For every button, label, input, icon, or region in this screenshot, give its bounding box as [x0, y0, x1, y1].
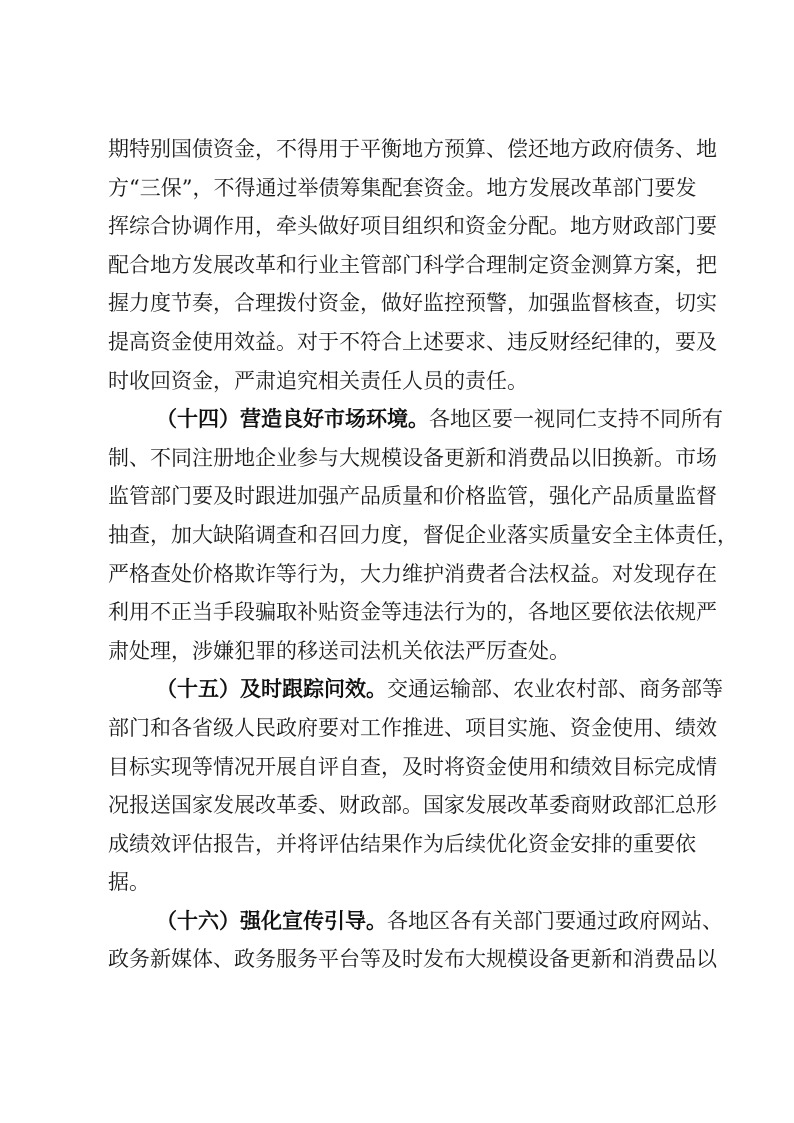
text-line: 挥综合协调作用，牵头做好项目组织和资金分配。地方财政部门要 — [108, 207, 686, 246]
text-line: 监管部门要及时跟进加强产品质量和价格监管，强化产品质量监督 — [108, 477, 686, 516]
section-heading: （十五）及时跟踪问效。 — [156, 676, 387, 701]
text-line-first: （十四）营造良好市场环境。各地区要一视同仁支持不同所有 — [108, 400, 686, 439]
paragraph-funds-usage: 期特别国债资金，不得用于平衡地方预算、偿还地方政府债务、地 方“三保”，不得通过… — [108, 130, 686, 400]
document-page: 期特别国债资金，不得用于平衡地方预算、偿还地方政府债务、地 方“三保”，不得通过… — [108, 130, 686, 979]
text-line: 目标实现等情况开展自评自查，及时将资金使用和绩效目标完成情 — [108, 748, 686, 787]
paragraph-section-15: （十五）及时跟踪问效。交通运输部、农业农村部、商务部等 部门和各省级人民政府要对… — [108, 670, 686, 902]
text-line-first: （十六）强化宣传引导。各地区各有关部门要通过政府网站、 — [108, 902, 686, 941]
text-span: 交通运输部、农业农村部、商务部等 — [387, 677, 723, 701]
paragraph-section-16: （十六）强化宣传引导。各地区各有关部门要通过政府网站、 政务新媒体、政务服务平台… — [108, 902, 686, 979]
text-line: 据。 — [108, 863, 686, 902]
text-line: 利用不正当手段骗取补贴资金等违法行为的，各地区要依法依规严 — [108, 593, 686, 632]
text-line: 政务新媒体、政务服务平台等及时发布大规模设备更新和消费品以 — [108, 940, 686, 979]
section-heading: （十四）营造良好市场环境。 — [156, 406, 429, 431]
text-span: 各地区要一视同仁支持不同所有 — [429, 407, 723, 431]
text-line: 配合地方发展改革和行业主管部门科学合理制定资金测算方案，把 — [108, 246, 686, 285]
text-line: 严格查处价格欺诈等行为，大力维护消费者合法权益。对发现存在 — [108, 555, 686, 594]
text-line: 时收回资金，严肃追究相关责任人员的责任。 — [108, 362, 686, 401]
paragraph-section-14: （十四）营造良好市场环境。各地区要一视同仁支持不同所有 制、不同注册地企业参与大… — [108, 400, 686, 670]
text-line: 制、不同注册地企业参与大规模设备更新和消费品以旧换新。市场 — [108, 439, 686, 478]
text-line: 方“三保”，不得通过举债筹集配套资金。地方发展改革部门要发 — [108, 169, 686, 208]
text-line-first: （十五）及时跟踪问效。交通运输部、农业农村部、商务部等 — [108, 670, 686, 709]
text-line: 肃处理，涉嫌犯罪的移送司法机关依法严厉查处。 — [108, 632, 686, 671]
text-line: 抽查，加大缺陷调查和召回力度，督促企业落实质量安全主体责任， — [108, 516, 686, 555]
text-line: 握力度节奏，合理拨付资金，做好监控预警，加强监督核查，切实 — [108, 284, 686, 323]
text-line: 部门和各省级人民政府要对工作推进、项目实施、资金使用、绩效 — [108, 709, 686, 748]
text-line: 提高资金使用效益。对于不符合上述要求、违反财经纪律的，要及 — [108, 323, 686, 362]
text-line: 况报送国家发展改革委、财政部。国家发展改革委商财政部汇总形 — [108, 786, 686, 825]
text-line: 成绩效评估报告，并将评估结果作为后续优化资金安排的重要依 — [108, 825, 686, 864]
section-heading: （十六）强化宣传引导。 — [156, 908, 387, 933]
text-span: 各地区各有关部门要通过政府网站、 — [387, 909, 723, 933]
text-line: 期特别国债资金，不得用于平衡地方预算、偿还地方政府债务、地 — [108, 130, 686, 169]
